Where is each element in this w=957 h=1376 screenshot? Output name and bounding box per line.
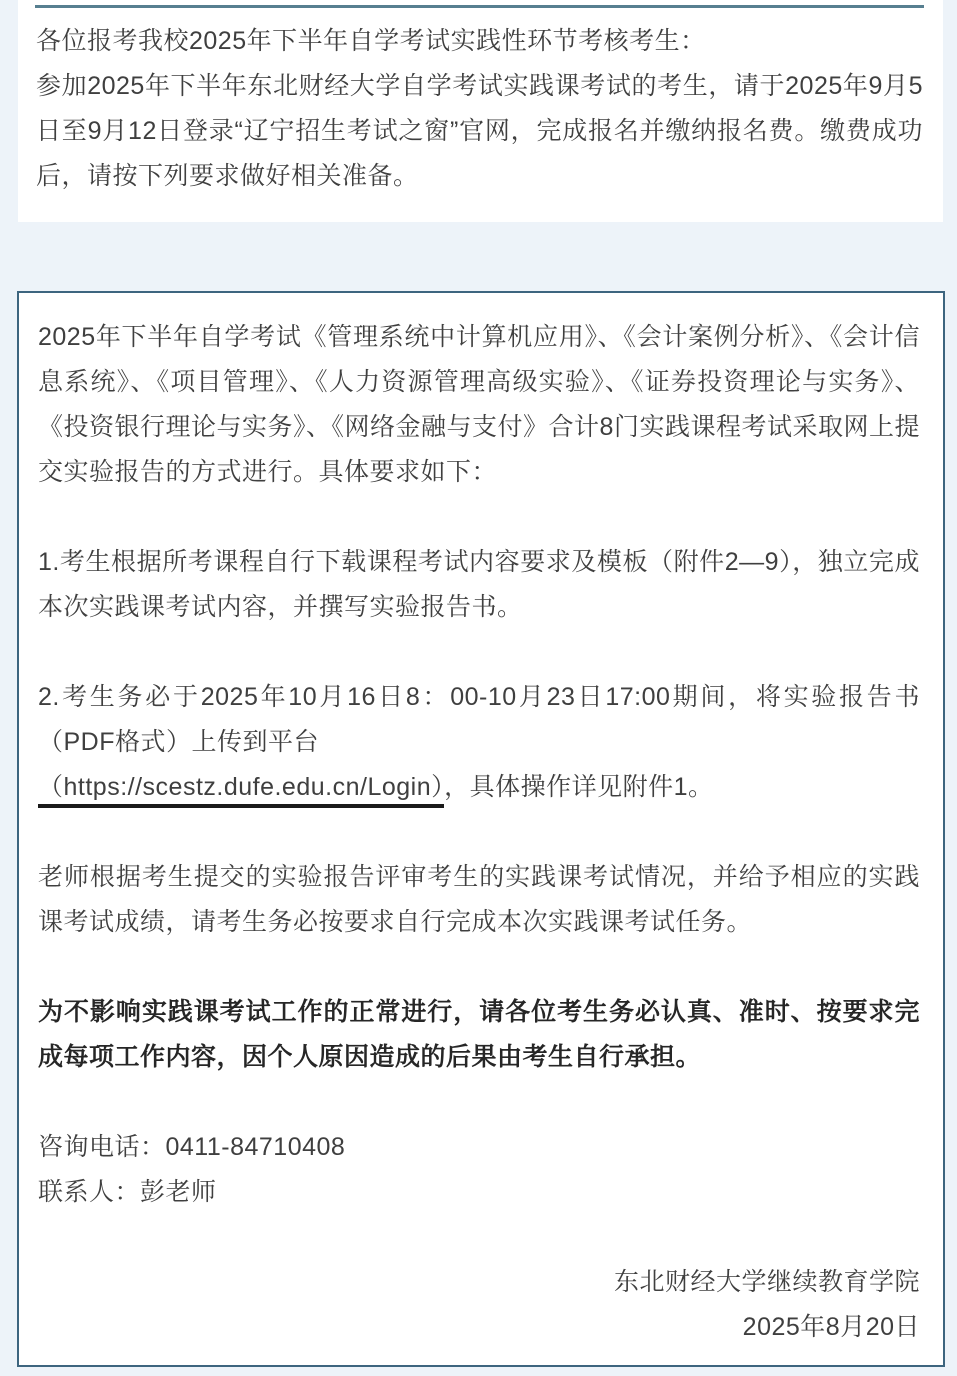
requirement-item-1: 1.考生根据所考课程自行下载课程考试内容要求及模板（附件2—9），独立完成本次实… — [38, 540, 920, 630]
notice-card: 2025年下半年自学考试《管理系统中计算机应用》、《会计案例分析》、《会计信息系… — [17, 291, 945, 1367]
review-note-text: 老师根据考生提交的实验报告评审考生的实践课考试情况，并给予相应的实践课考试成绩，… — [38, 855, 920, 945]
salutation-text: 各位报考我校2025年下半年自学考试实践性环节考核考生： — [36, 19, 923, 64]
notice-page: 各位报考我校2025年下半年自学考试实践性环节考核考生： 参加2025年下半年东… — [0, 0, 957, 1376]
intro-text: 参加2025年下半年东北财经大学自学考试实践课考试的考生，请于2025年9月5日… — [36, 64, 923, 199]
requirement-item-2: 2.考生务必于2025年10月16日8：00-10月23日17:00期间，将实验… — [38, 675, 920, 810]
signature-date: 2025年8月20日 — [38, 1305, 920, 1350]
signature-org: 东北财经大学继续教育学院 — [38, 1260, 920, 1305]
requirement-item-2-lead: 2.考生务必于2025年10月16日8：00-10月23日17:00期间，将实验… — [38, 683, 920, 756]
overview-text: 2025年下半年自学考试《管理系统中计算机应用》、《会计案例分析》、《会计信息系… — [38, 315, 920, 495]
contact-text: 联系人：彭老师 — [38, 1170, 920, 1215]
warning-text: 为不影响实践课考试工作的正常进行，请各位考生务必认真、准时、按要求完成每项工作内… — [38, 990, 920, 1080]
requirement-item-2-tail: ，具体操作详见附件1。 — [444, 773, 713, 801]
header-section: 各位报考我校2025年下半年自学考试实践性环节考核考生： 参加2025年下半年东… — [18, 0, 943, 222]
platform-url-link[interactable]: （https://scestz.dufe.edu.cn/Login） — [38, 773, 444, 808]
phone-text: 咨询电话：0411-84710408 — [38, 1125, 920, 1170]
header-text-block: 各位报考我校2025年下半年自学考试实践性环节考核考生： 参加2025年下半年东… — [18, 8, 943, 199]
